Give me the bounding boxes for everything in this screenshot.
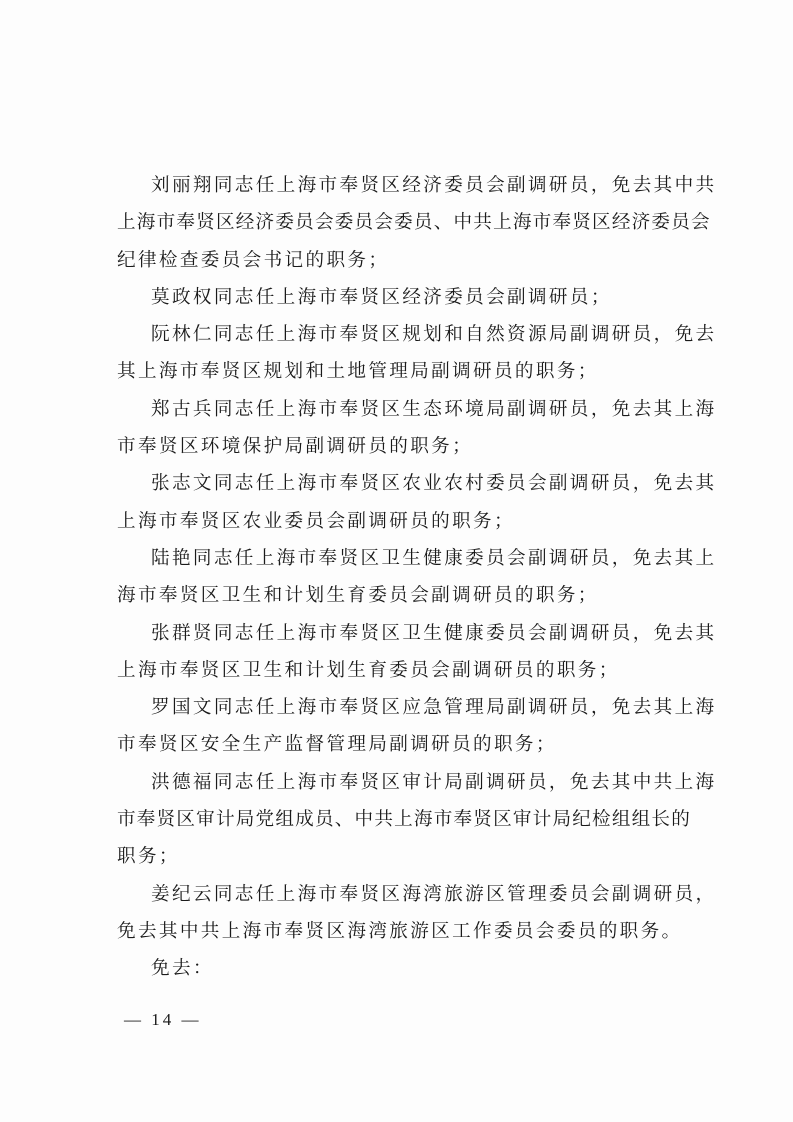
text-line: 海市奉贤区卫生和计划生育委员会副调研员的职务； [117, 577, 713, 614]
text-line: 郑古兵同志任上海市奉贤区生态环境局副调研员，免去其上海 [117, 391, 713, 428]
text-line: 阮林仁同志任上海市奉贤区规划和自然资源局副调研员，免去 [117, 316, 713, 353]
paragraph-appointment-zheng-gubing: 郑古兵同志任上海市奉贤区生态环境局副调研员，免去其上海 市奉贤区环境保护局副调研… [117, 391, 713, 466]
text-line: 市奉贤区审计局党组成员、中共上海市奉贤区审计局纪检组组长的 [117, 801, 713, 838]
paragraph-appointment-zhang-qunxian: 张群贤同志任上海市奉贤区卫生健康委员会副调研员，免去其 上海市奉贤区卫生和计划生… [117, 615, 713, 690]
text-line: 市奉贤区安全生产监督管理局副调研员的职务； [117, 726, 713, 763]
text-line: 张志文同志任上海市奉贤区农业农村委员会副调研员，免去其 [117, 465, 713, 502]
document-body: 刘丽翔同志任上海市奉贤区经济委员会副调研员，免去其中共 上海市奉贤区经济委员会委… [117, 167, 713, 988]
paragraph-appointment-zhang-zhiwen: 张志文同志任上海市奉贤区农业农村委员会副调研员，免去其 上海市奉贤区农业委员会副… [117, 465, 713, 540]
paragraph-appointment-ruan-linren: 阮林仁同志任上海市奉贤区规划和自然资源局副调研员，免去 其上海市奉贤区规划和土地… [117, 316, 713, 391]
text-line: 免去： [117, 950, 713, 987]
text-line: 洪德福同志任上海市奉贤区审计局副调研员，免去其中共上海 [117, 764, 713, 801]
text-line: 市奉贤区环境保护局副调研员的职务； [117, 428, 713, 465]
paragraph-dismissals-heading: 免去： [117, 950, 713, 987]
paragraph-appointment-jiang-jiyun: 姜纪云同志任上海市奉贤区海湾旅游区管理委员会副调研员， 免去其中共上海市奉贤区海… [117, 876, 713, 951]
text-line: 罗国文同志任上海市奉贤区应急管理局副调研员，免去其上海 [117, 689, 713, 726]
text-line: 其上海市奉贤区规划和土地管理局副调研员的职务； [117, 353, 713, 390]
text-line: 刘丽翔同志任上海市奉贤区经济委员会副调研员，免去其中共 [117, 167, 713, 204]
text-line: 上海市奉贤区卫生和计划生育委员会副调研员的职务； [117, 652, 713, 689]
text-line: 莫政权同志任上海市奉贤区经济委员会副调研员； [117, 279, 713, 316]
text-line: 上海市奉贤区农业委员会副调研员的职务； [117, 503, 713, 540]
document-page: 刘丽翔同志任上海市奉贤区经济委员会副调研员，免去其中共 上海市奉贤区经济委员会委… [0, 0, 793, 1122]
text-line: 张群贤同志任上海市奉贤区卫生健康委员会副调研员，免去其 [117, 615, 713, 652]
text-line: 免去其中共上海市奉贤区海湾旅游区工作委员会委员的职务。 [117, 913, 713, 950]
page-number: — 14 — [124, 1010, 202, 1030]
paragraph-appointment-luo-guowen: 罗国文同志任上海市奉贤区应急管理局副调研员，免去其上海 市奉贤区安全生产监督管理… [117, 689, 713, 764]
text-line: 陆艳同志任上海市奉贤区卫生健康委员会副调研员，免去其上 [117, 540, 713, 577]
text-line: 上海市奉贤区经济委员会委员会委员、中共上海市奉贤区经济委员会 [117, 204, 713, 241]
paragraph-appointment-liu-lixiang: 刘丽翔同志任上海市奉贤区经济委员会副调研员，免去其中共 上海市奉贤区经济委员会委… [117, 167, 713, 279]
paragraph-appointment-hong-defu: 洪德福同志任上海市奉贤区审计局副调研员，免去其中共上海 市奉贤区审计局党组成员、… [117, 764, 713, 876]
text-line: 纪律检查委员会书记的职务； [117, 242, 713, 279]
paragraph-appointment-lu-yan: 陆艳同志任上海市奉贤区卫生健康委员会副调研员，免去其上 海市奉贤区卫生和计划生育… [117, 540, 713, 615]
paragraph-appointment-mo-zhengquan: 莫政权同志任上海市奉贤区经济委员会副调研员； [117, 279, 713, 316]
text-line: 职务； [117, 838, 713, 875]
text-line: 姜纪云同志任上海市奉贤区海湾旅游区管理委员会副调研员， [117, 876, 713, 913]
